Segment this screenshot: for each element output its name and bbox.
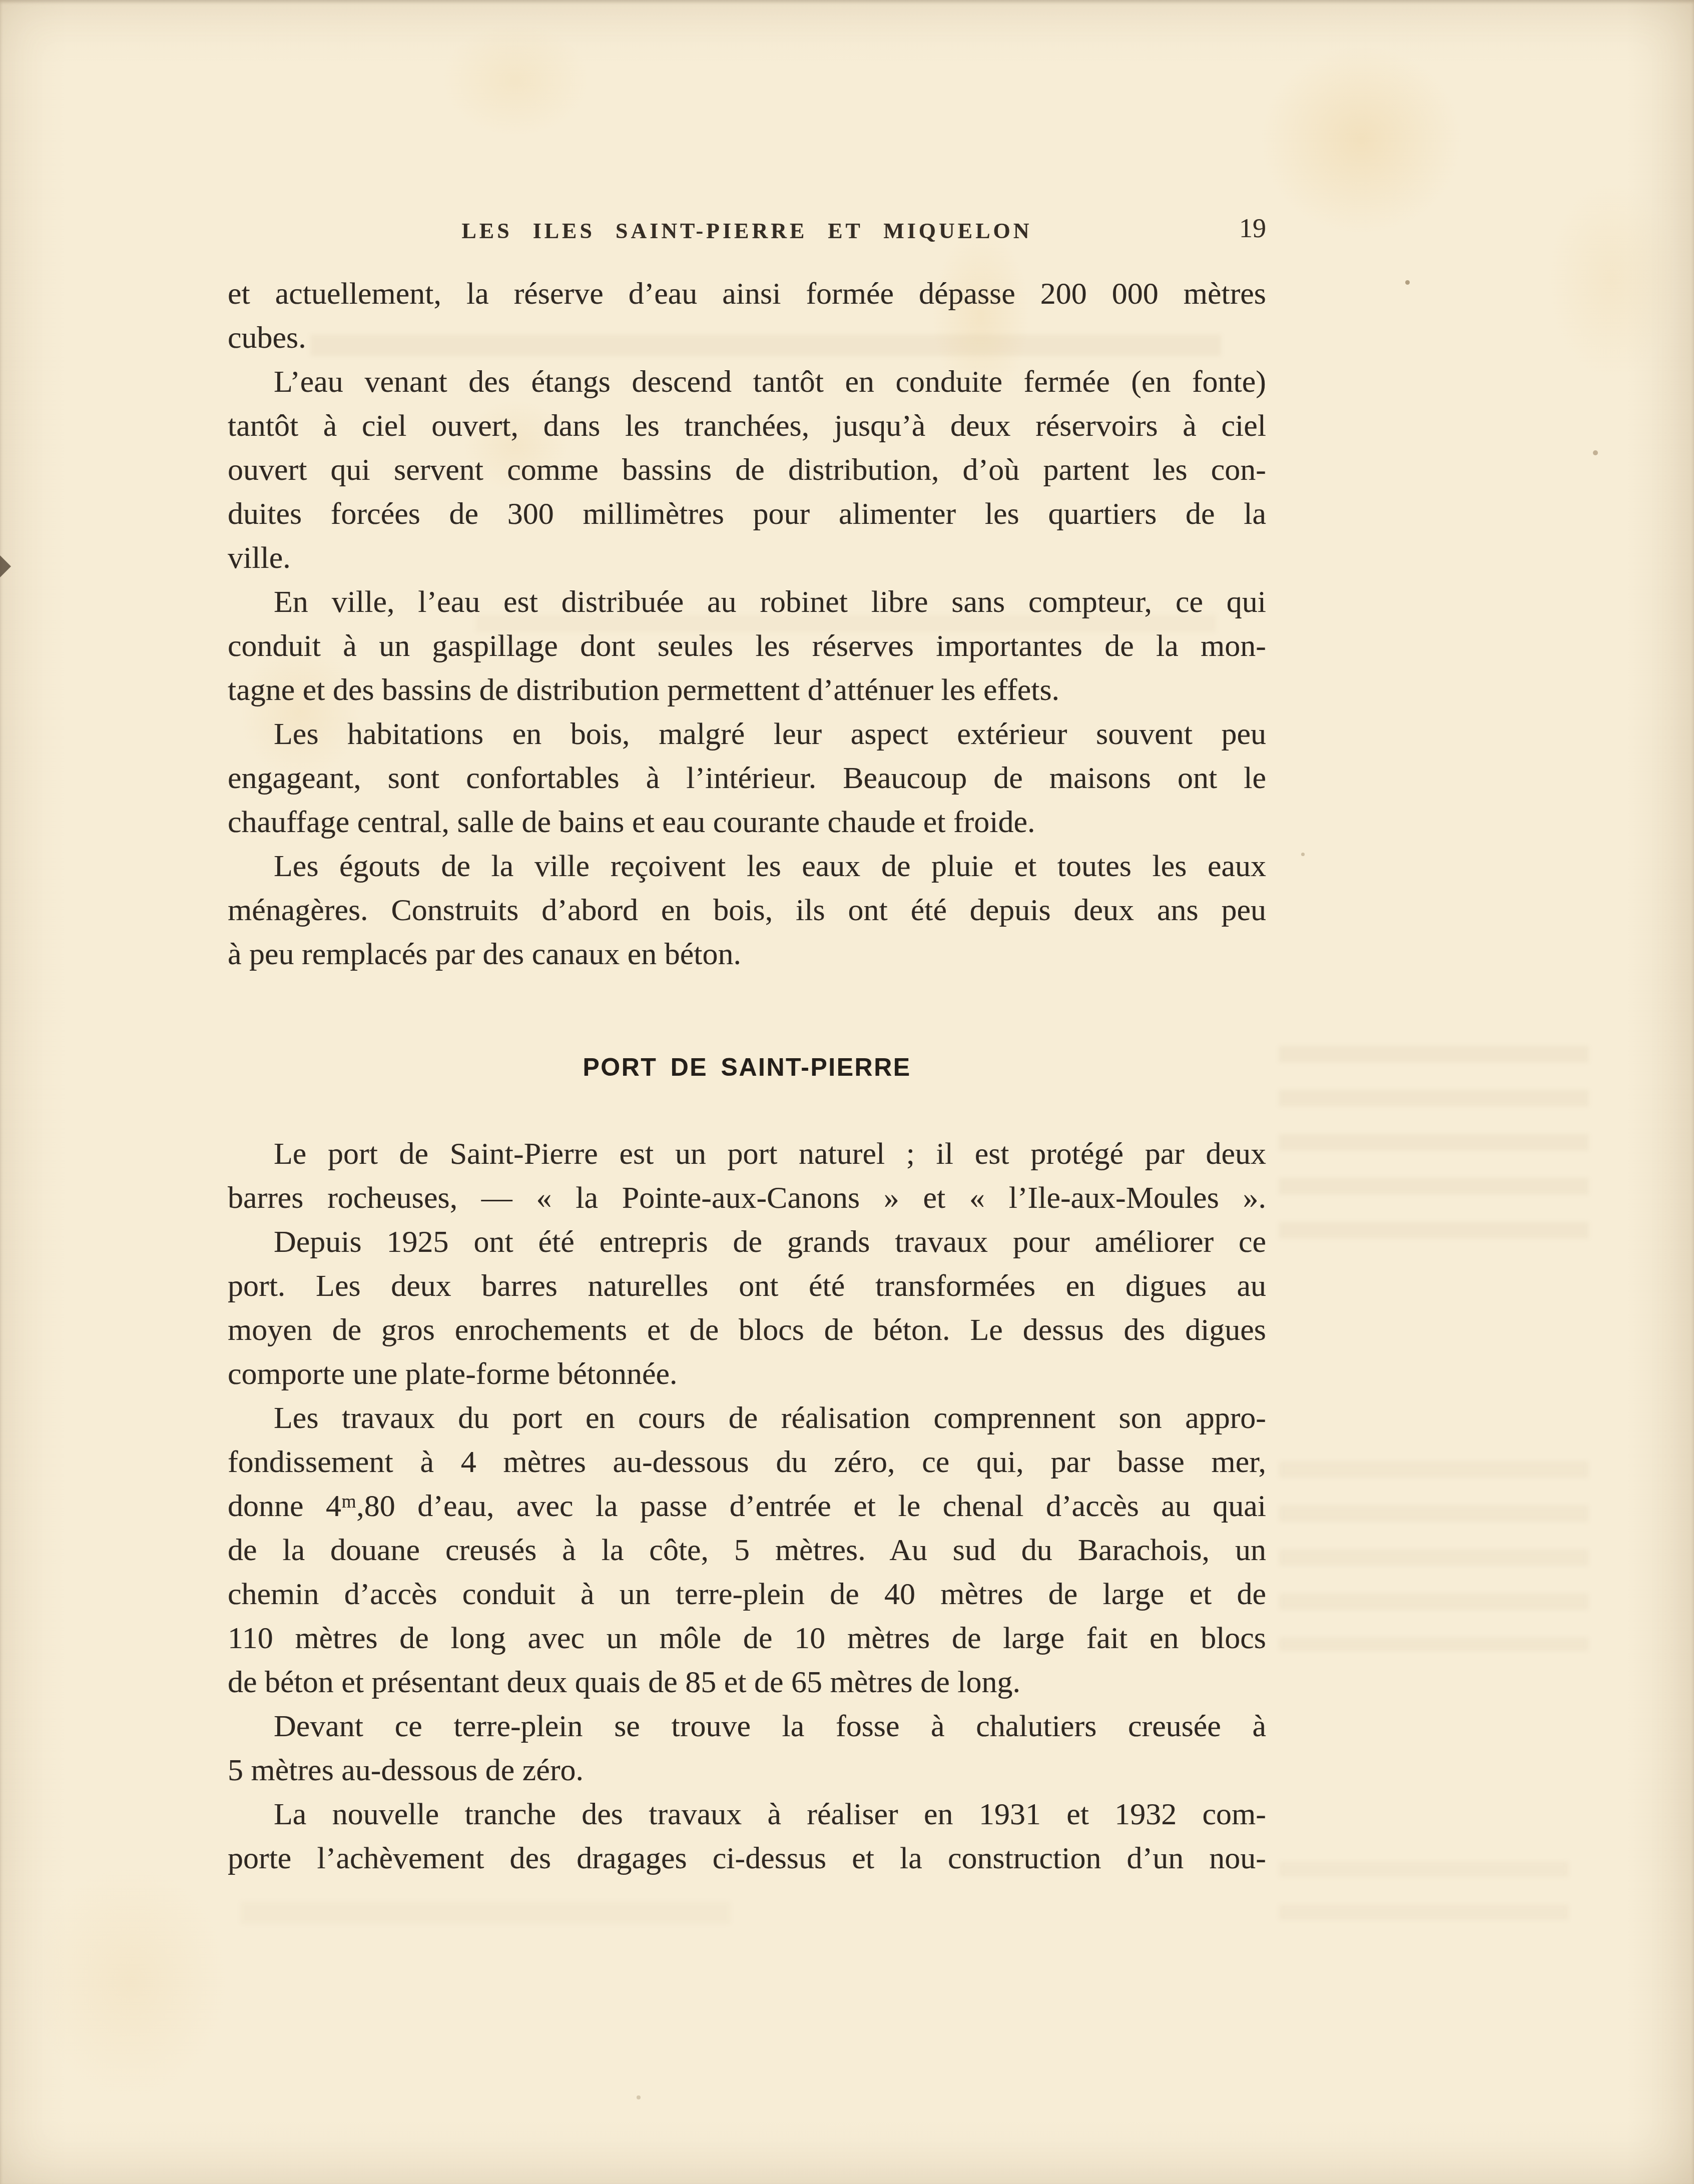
text-line: duites forcées de 300 millimètres pour a… xyxy=(228,492,1266,536)
text-column: et actuellement, la réserve d’eau ainsi … xyxy=(228,272,1266,1880)
paragraph: La nouvelle tranche des travaux à réalis… xyxy=(228,1792,1266,1880)
text-line: de béton et présentant deux quais de 85 … xyxy=(228,1660,1266,1704)
text-line: 110 mètres de long avec un môle de 10 mè… xyxy=(228,1616,1266,1660)
text-line: à peu remplacés par des canaux en béton. xyxy=(228,932,1266,976)
text-line: engageant, sont confortables à l’intérie… xyxy=(228,756,1266,800)
paragraph: Les habitations en bois, malgré leur asp… xyxy=(228,712,1266,844)
show-through-text xyxy=(1279,1461,1589,1651)
text-line: ménagères. Construits d’abord en bois, i… xyxy=(228,888,1266,932)
text-line: de la douane creusés à la côte, 5 mètres… xyxy=(228,1528,1266,1572)
text-line: Depuis 1925 ont été entrepris de grands … xyxy=(228,1220,1266,1264)
text-line: moyen de gros enrochements et de blocs d… xyxy=(228,1308,1266,1352)
paper-speck xyxy=(1301,853,1305,856)
running-title: LES ILES SAINT-PIERRE ET MIQUELON xyxy=(228,215,1266,247)
text-line: Les travaux du port en cours de réalisat… xyxy=(228,1396,1266,1440)
book-page: LES ILES SAINT-PIERRE ET MIQUELON 19 et … xyxy=(0,0,1694,2184)
paper-stain xyxy=(410,0,621,160)
text-line: porte l’achèvement des dragages ci-dessu… xyxy=(228,1836,1266,1880)
text-line: tagne et des bassins de distribution per… xyxy=(228,668,1266,712)
text-line: Les habitations en bois, malgré leur asp… xyxy=(228,712,1266,756)
paper-speck xyxy=(1405,280,1410,285)
show-through-text xyxy=(240,1901,731,1924)
text-line: donne 4ᵐ,80 d’eau, avec la passe d’entré… xyxy=(228,1484,1266,1528)
text-line: En ville, l’eau est distribuée au robine… xyxy=(228,580,1266,624)
text-line: Devant ce terre-plein se trouve la fosse… xyxy=(228,1704,1266,1748)
text-line: ouvert qui servent comme bassins de dist… xyxy=(228,448,1266,492)
text-line: tantôt à ciel ouvert, dans les tranchées… xyxy=(228,404,1266,448)
paragraph: L’eau venant des étangs descend tantôt e… xyxy=(228,360,1266,580)
text-line: chauffage central, salle de bains et eau… xyxy=(228,800,1266,844)
paragraph: En ville, l’eau est distribuée au robine… xyxy=(228,580,1266,712)
page-header: LES ILES SAINT-PIERRE ET MIQUELON 19 xyxy=(228,215,1266,247)
paragraph: Les travaux du port en cours de réalisat… xyxy=(228,1396,1266,1704)
paper-stain xyxy=(1526,150,1694,410)
text-line: chemin d’accès conduit à un terre-plein … xyxy=(228,1572,1266,1616)
text-line: comporte une plate-forme bétonnée. xyxy=(228,1352,1266,1396)
paper-speck xyxy=(1593,450,1598,455)
text-line: L’eau venant des étangs descend tantôt e… xyxy=(228,360,1266,404)
text-line: port. Les deux barres naturelles ont été… xyxy=(228,1264,1266,1308)
paragraph: Devant ce terre-plein se trouve la fosse… xyxy=(228,1704,1266,1792)
text-line: conduit à un gaspillage dont seules les … xyxy=(228,624,1266,668)
text-line: ville. xyxy=(228,536,1266,580)
page-number: 19 xyxy=(1239,212,1266,244)
text-line: 5 mètres au-dessous de zéro. xyxy=(228,1748,1266,1792)
text-line: barres rocheuses, — « la Pointe-aux-Cano… xyxy=(228,1176,1266,1220)
paragraph: Le port de Saint-Pierre est un port natu… xyxy=(228,1132,1266,1220)
text-line: et actuellement, la réserve d’eau ainsi … xyxy=(228,272,1266,316)
paragraph: Les égouts de la ville reçoivent les eau… xyxy=(228,844,1266,976)
text-line: fondissement à 4 mètres au-dessous du zé… xyxy=(228,1440,1266,1484)
show-through-text xyxy=(1279,1861,1569,1936)
paragraph: Depuis 1925 ont été entrepris de grands … xyxy=(228,1220,1266,1396)
paper-speck xyxy=(637,2095,641,2099)
show-through-text xyxy=(1279,1046,1589,1266)
section-heading: PORT DE SAINT-PIERRE xyxy=(228,1052,1266,1082)
text-line: La nouvelle tranche des travaux à réalis… xyxy=(228,1792,1266,1836)
paper-stain xyxy=(0,1826,260,2136)
paragraph: et actuellement, la réserve d’eau ainsi … xyxy=(228,272,1266,360)
text-line: Les égouts de la ville reçoivent les eau… xyxy=(228,844,1266,888)
text-line: cubes. xyxy=(228,316,1266,360)
text-line: Le port de Saint-Pierre est un port natu… xyxy=(228,1132,1266,1176)
scan-edge-mark xyxy=(0,553,11,579)
